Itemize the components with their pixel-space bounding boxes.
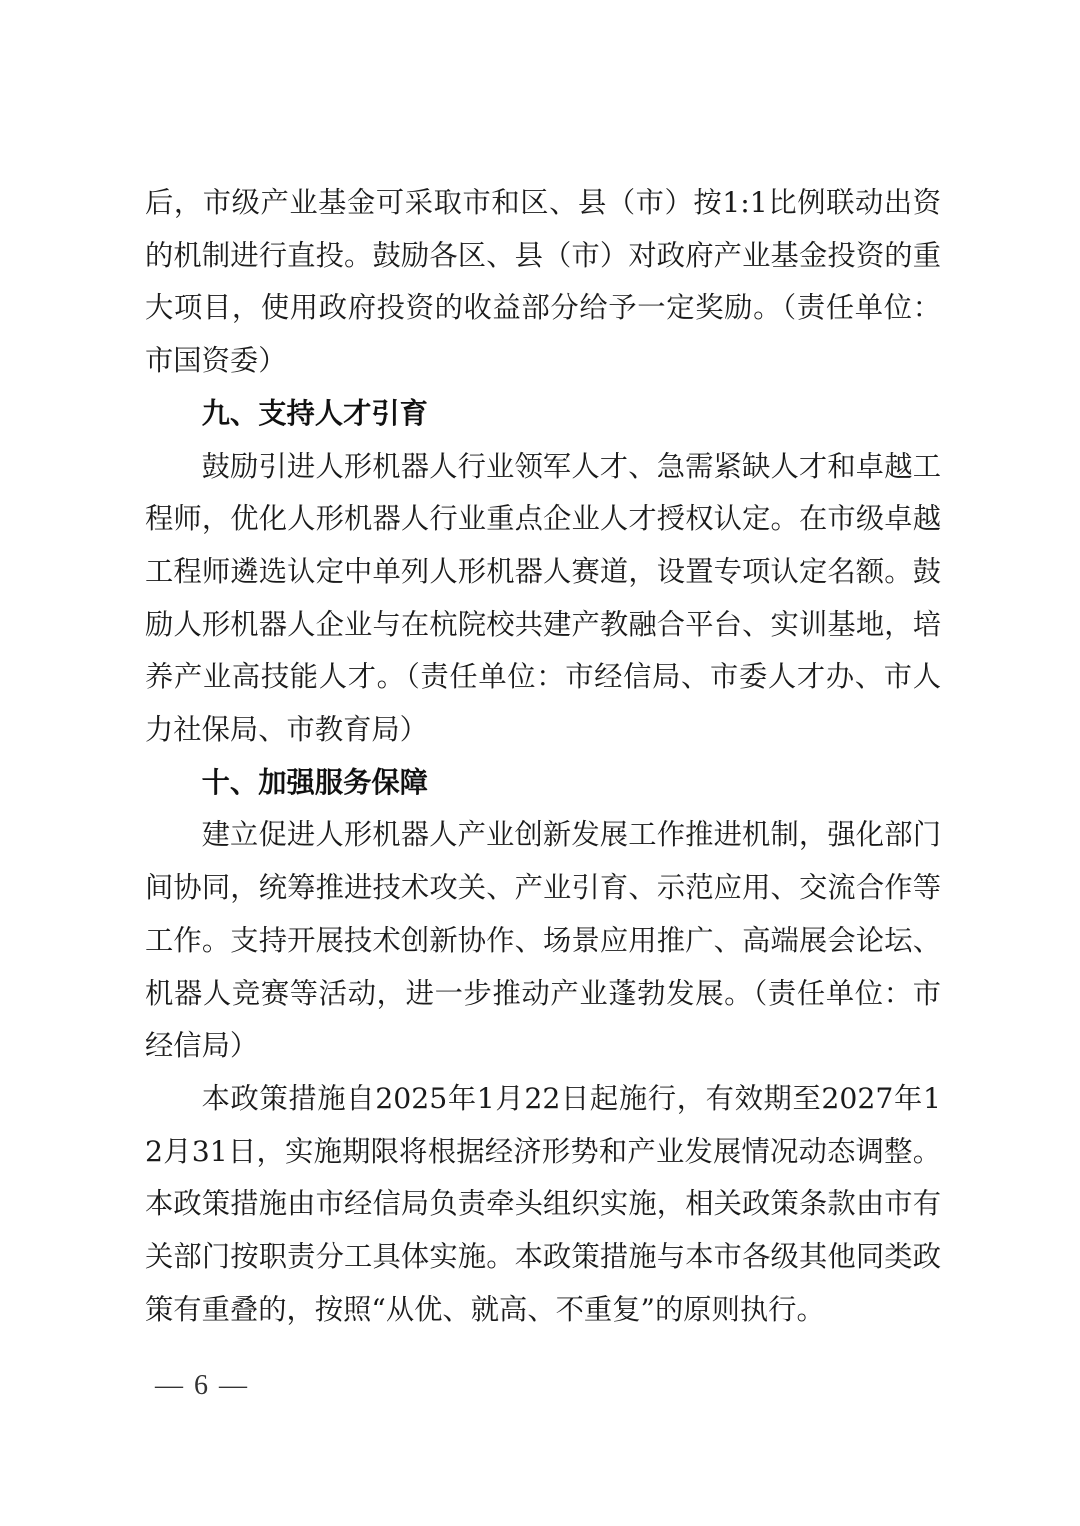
document-page: 后，市级产业基金可采取市和区、县（市）按1:1比例联动出资的机制进行直投。鼓励各… (145, 177, 941, 1336)
paragraph-service: 建立促进人形机器人产业创新发展工作推进机制，强化部门间协同，统筹推进技术攻关、产… (145, 809, 941, 1073)
section-heading-service: 十、加强服务保障 (145, 757, 941, 810)
section-heading-talent: 九、支持人才引育 (145, 388, 941, 441)
paragraph-talent: 鼓励引进人形机器人行业领军人才、急需紧缺人才和卓越工程师，优化人形机器人行业重点… (145, 441, 941, 757)
page-number: — 6 — (155, 1368, 249, 1404)
paragraph-fund-investment-continuation: 后，市级产业基金可采取市和区、县（市）按1:1比例联动出资的机制进行直投。鼓励各… (145, 177, 941, 388)
paragraph-effective-period: 本政策措施自2025年1月22日起施行，有效期至2027年12月31日，实施期限… (145, 1073, 941, 1337)
